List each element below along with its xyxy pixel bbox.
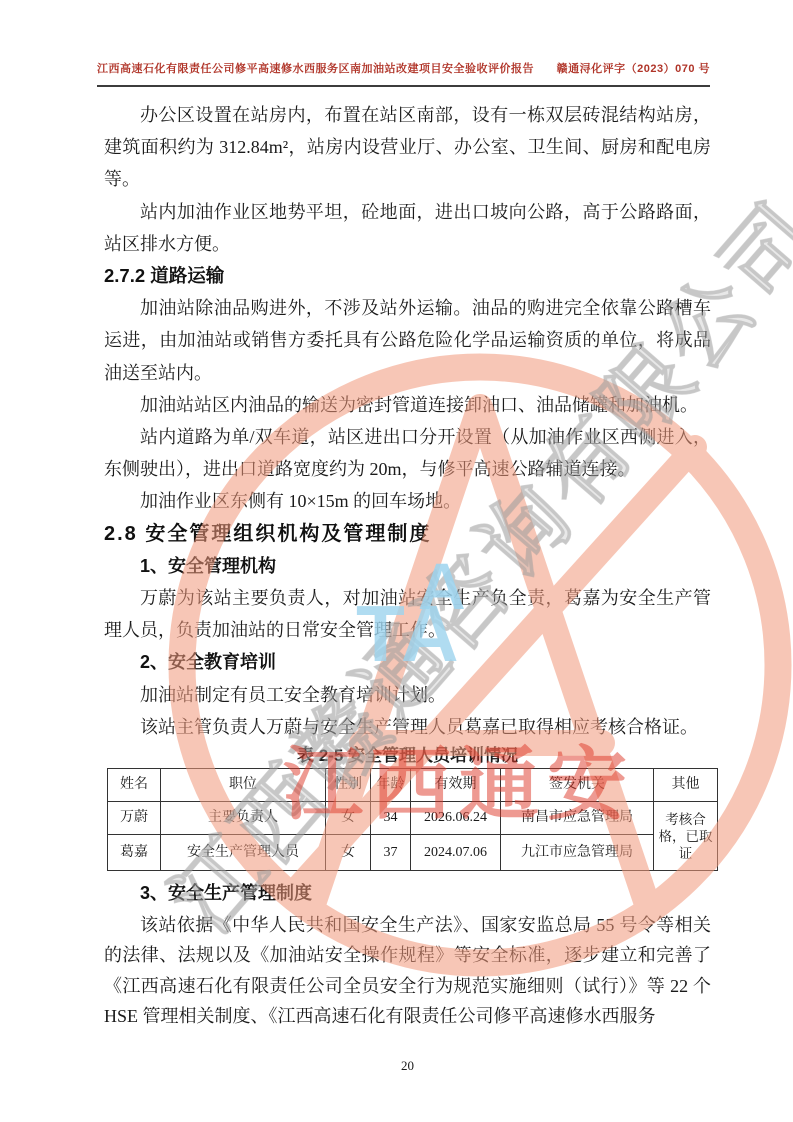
page-header: 江西高速石化有限责任公司修平高速修水西服务区南加油站改建项目安全验收评价报告 赣… (97, 60, 710, 87)
table-cell: 南昌市应急管理局 (501, 802, 654, 835)
table-header-cell: 其他 (654, 769, 718, 802)
table-cell: 2026.06.24 (411, 802, 501, 835)
paragraph-responsibles: 万蔚为该站主要负责人，对加油站安全生产负全责，葛嘉为安全生产管理人员，负责加油站… (104, 582, 711, 646)
subheading-safety-rules: 3、安全生产管理制度 (104, 877, 711, 909)
table-row: 万蔚主要负责人女342026.06.24南昌市应急管理局考核合格，已取证 (108, 802, 718, 835)
page-number: 20 (104, 1058, 711, 1074)
table-header-cell: 职位 (161, 769, 326, 802)
section-heading-2-7-2: 2.7.2 道路运输 (104, 260, 711, 292)
subheading-safety-training: 2、安全教育培训 (104, 646, 711, 678)
document-body: 办公区设置在站房内，布置在站区南部，设有一栋双层砖混结构站房，建筑面积约为 31… (104, 99, 711, 1074)
table-header-cell: 性别 (326, 769, 371, 802)
paragraph-roads: 站内道路为单/双车道，站区进出口分开设置（从加油作业区西侧进入，东侧驶出），进出… (104, 421, 711, 485)
paragraph-terrain: 站内加油作业区地势平坦，砼地面，进出口坡向公路，高于公路路面，站区排水方便。 (104, 196, 711, 260)
table-cell: 安全生产管理人员 (161, 835, 326, 871)
header-document-number: 赣通浔化评字（2023）070 号 (557, 60, 710, 76)
subheading-safety-org: 1、安全管理机构 (104, 550, 711, 582)
table-cell: 2024.07.06 (411, 835, 501, 871)
table-cell: 34 (371, 802, 411, 835)
paragraph-turnaround: 加油作业区东侧有 10×15m 的回车场地。 (104, 485, 711, 517)
paragraph-pipeline: 加油站站区内油品的输送为密封管道连接卸油口、油品储罐和加油机。 (104, 389, 711, 421)
table-cell: 九江市应急管理局 (501, 835, 654, 871)
table-cell: 女 (326, 802, 371, 835)
table-header-cell: 姓名 (108, 769, 161, 802)
paragraph-training-plan: 加油站制定有员工安全教育培训计划。 (104, 679, 711, 711)
paragraph-office-area: 办公区设置在站房内，布置在站区南部，设有一栋双层砖混结构站房，建筑面积约为 31… (104, 99, 711, 196)
table-header-cell: 签发机关 (501, 769, 654, 802)
table-header-cell: 有效期 (411, 769, 501, 802)
document-page: 江西高速石化有限责任公司修平高速修水西服务区南加油站改建项目安全验收评价报告 赣… (0, 0, 793, 1122)
table-cell: 女 (326, 835, 371, 871)
table-cell: 葛嘉 (108, 835, 161, 871)
table-cell-other-merged: 考核合格，已取证 (654, 802, 718, 871)
header-report-title: 江西高速石化有限责任公司修平高速修水西服务区南加油站改建项目安全验收评价报告 (97, 60, 534, 76)
section-heading-2-8: 2.8 安全管理组织机构及管理制度 (104, 518, 711, 550)
table-cell: 主要负责人 (161, 802, 326, 835)
training-table: 姓名职位性别年龄有效期签发机关其他 万蔚主要负责人女342026.06.24南昌… (107, 768, 718, 871)
paragraph-regulations: 该站依据《中华人民共和国安全生产法》、国家安监总局 55 号令等相关的法律、法规… (104, 910, 711, 1032)
table-header-cell: 年龄 (371, 769, 411, 802)
table-cell: 37 (371, 835, 411, 871)
table-cell: 万蔚 (108, 802, 161, 835)
table-header-row: 姓名职位性别年龄有效期签发机关其他 (108, 769, 718, 802)
paragraph-certificates: 该站主管负责人万蔚与安全生产管理人员葛嘉已取得相应考核合格证。 (104, 711, 711, 743)
table-caption: 表 2-5 安全管理人员培训情况 (104, 743, 711, 768)
paragraph-transport: 加油站除油品购进外，不涉及站外运输。油品的购进完全依靠公路槽车运进，由加油站或销… (104, 292, 711, 389)
table-row: 葛嘉安全生产管理人员女372024.07.06九江市应急管理局 (108, 835, 718, 871)
